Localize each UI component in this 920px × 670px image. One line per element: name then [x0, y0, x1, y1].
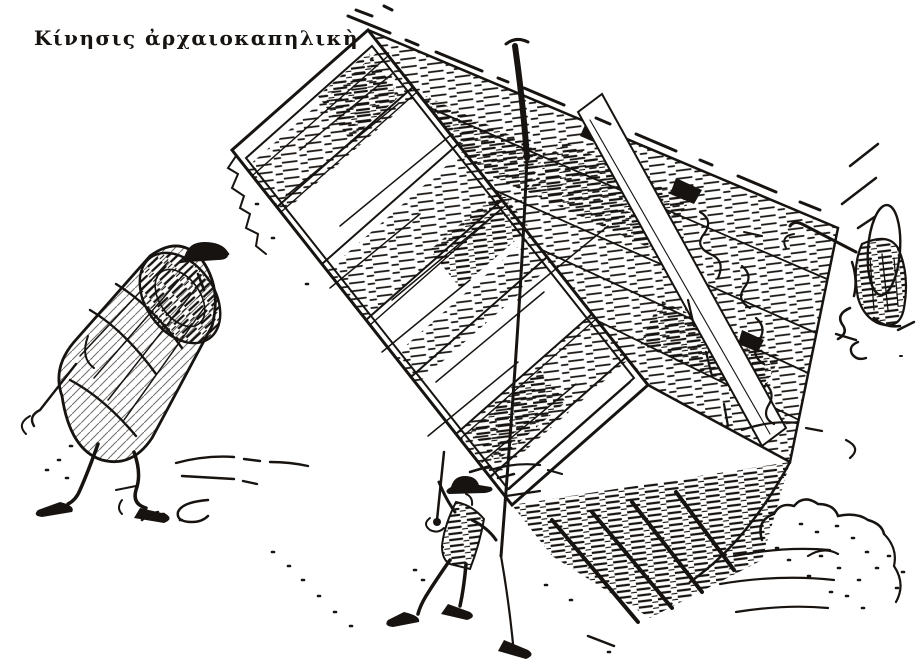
rope-man-right-boot	[441, 604, 473, 620]
porter-front-leg	[68, 444, 98, 504]
illustration-canvas: Κίνησις ἀρχαιοκαπηλικὴ	[0, 0, 920, 670]
rope-lower	[501, 556, 513, 644]
ground-dashes-left	[176, 457, 308, 484]
rope-man-left-boot	[386, 612, 419, 627]
mound-right-arcs	[884, 534, 901, 602]
caption-text: Κίνησις ἀρχαιοκαπηλικὴ	[34, 26, 359, 50]
porter-back-leg	[134, 452, 146, 508]
mound-outline	[761, 499, 885, 540]
rope-man-brace-boot	[498, 640, 532, 659]
rope-man-dots	[414, 570, 424, 580]
rope-man-right-leg	[460, 564, 466, 606]
shadow-fill	[512, 462, 790, 618]
rope-man-face	[466, 494, 472, 505]
porter-figure	[22, 238, 237, 523]
dotted-trail	[272, 552, 352, 626]
rope-man-torso	[442, 502, 484, 569]
crate-group	[228, 6, 888, 652]
right-figure-pack	[856, 239, 906, 325]
porter-back-boot	[134, 508, 170, 523]
rope-man-left-leg	[418, 560, 450, 614]
rope-top-hook	[506, 39, 528, 44]
mound-stipple-dots	[776, 524, 904, 608]
right-figure-feet	[836, 322, 914, 359]
rope-man-fist	[433, 518, 441, 526]
drawing-svg	[0, 0, 920, 670]
rope-man-hat	[446, 476, 492, 494]
